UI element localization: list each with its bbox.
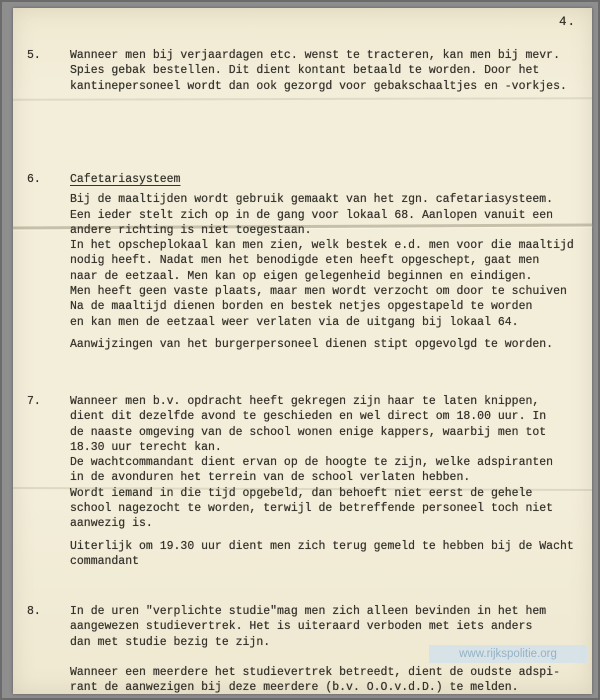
section-8: 8.In de uren "verplichte studie"mag men … xyxy=(27,604,582,696)
scan-frame: 4. 5.Wanneer men bij verjaardagen etc. w… xyxy=(0,0,600,700)
paragraph: Wanneer men bij verjaardagen etc. wenst … xyxy=(70,48,582,94)
section-number: 8. xyxy=(27,604,70,619)
section-body: In de uren "verplichte studie"mag men zi… xyxy=(70,604,582,696)
section-body: CafetariasysteemBij de maaltijden wordt … xyxy=(70,172,582,352)
section-body: Wanneer men b.v. opdracht heeft gekregen… xyxy=(70,394,582,569)
section-number: 7. xyxy=(27,394,70,409)
section-5: 5.Wanneer men bij verjaardagen etc. wens… xyxy=(27,48,582,94)
section-body: Wanneer men bij verjaardagen etc. wenst … xyxy=(70,48,582,94)
paper-crease xyxy=(13,97,592,101)
paragraph: Wanneer men b.v. opdracht heeft gekregen… xyxy=(70,394,582,532)
section-heading: Cafetariasysteem xyxy=(70,172,582,187)
paragraph: Uiterlijk om 19.30 uur dient men zich te… xyxy=(70,539,582,570)
paragraph: In de uren "verplichte studie"mag men zi… xyxy=(70,604,582,696)
section-number: 6. xyxy=(27,172,70,187)
paragraph: Bij de maaltijden wordt gebruik gemaakt … xyxy=(70,192,582,330)
document-page: 4. 5.Wanneer men bij verjaardagen etc. w… xyxy=(13,8,592,694)
page-number: 4. xyxy=(559,15,576,29)
screenshot-root: { "page": { "page_number": "4.", "waterm… xyxy=(0,0,600,700)
paragraph: Aanwijzingen van het burgerpersoneel die… xyxy=(70,337,582,352)
section-7: 7.Wanneer men b.v. opdracht heeft gekreg… xyxy=(27,394,582,569)
section-6: 6.CafetariasysteemBij de maaltijden word… xyxy=(27,172,582,352)
section-number: 5. xyxy=(27,48,70,63)
